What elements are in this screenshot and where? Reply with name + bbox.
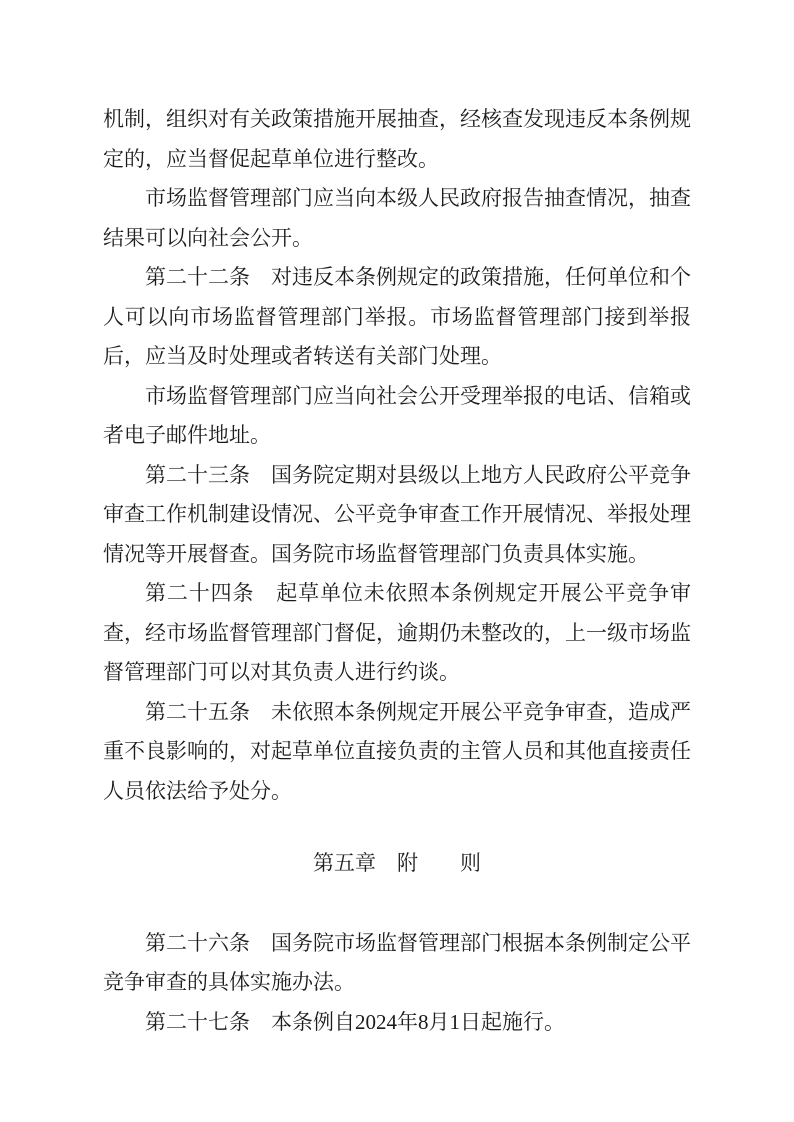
document-body: 机制，组织对有关政策措施开展抽查，经核查发现违反本条例规定的，应当督促起草单位进… [103,100,691,1042]
chapter-5-heading: 第五章 附 则 [103,844,691,884]
paragraph-article-21-continuation: 机制，组织对有关政策措施开展抽查，经核查发现违反本条例规定的，应当督促起草单位进… [103,100,691,179]
paragraph-article-21-report: 市场监督管理部门应当向本级人民政府报告抽查情况，抽查结果可以向社会公开。 [103,179,691,258]
paragraph-article-25: 第二十五条 未依照本条例规定开展公平竞争审查，造成严重不良影响的，对起草单位直接… [103,693,691,812]
paragraph-article-26: 第二十六条 国务院市场监督管理部门根据本条例制定公平竞争审查的具体实施办法。 [103,924,691,1003]
paragraph-article-22: 第二十二条 对违反本条例规定的政策措施，任何单位和个人可以向市场监督管理部门举报… [103,258,691,377]
paragraph-article-27: 第二十七条 本条例自2024年8月1日起施行。 [103,1003,691,1043]
document-page: 机制，组织对有关政策措施开展抽查，经核查发现违反本条例规定的，应当督促起草单位进… [0,0,794,1122]
paragraph-article-22-contact-info: 市场监督管理部门应当向社会公开受理举报的电话、信箱或者电子邮件地址。 [103,377,691,456]
paragraph-article-23: 第二十三条 国务院定期对县级以上地方人民政府公平竞争审查工作机制建设情况、公平竞… [103,456,691,575]
paragraph-article-24: 第二十四条 起草单位未依照本条例规定开展公平竞争审查，经市场监督管理部门督促，逾… [103,574,691,693]
